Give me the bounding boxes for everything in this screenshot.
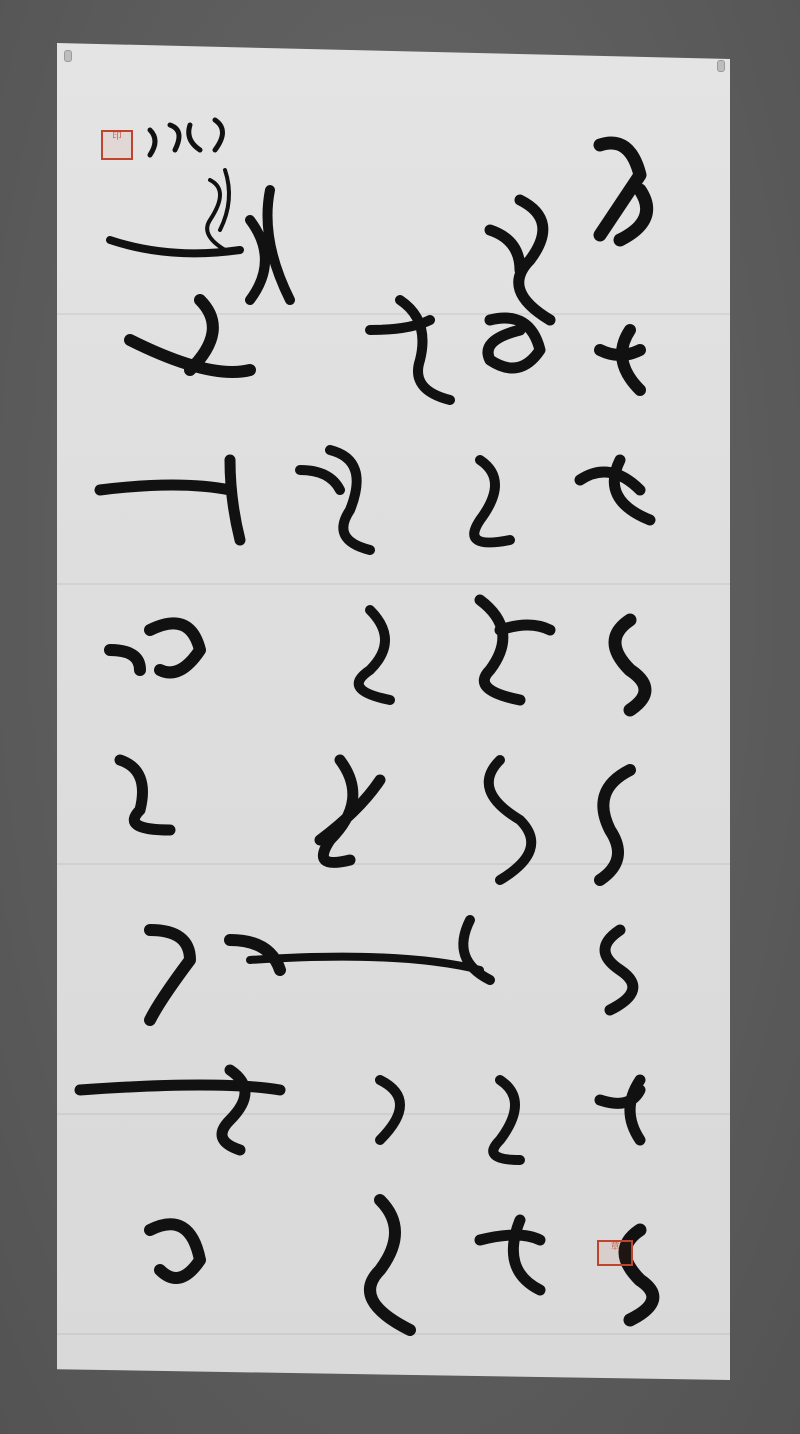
- calligraphy-strokes: [0, 0, 800, 1434]
- seal-glyph: 印: [112, 132, 121, 142]
- seal-glyph: 章: [610, 1242, 619, 1252]
- seal-stamp-top: 印: [101, 130, 133, 160]
- seal-stamp-bottom: 章: [597, 1240, 633, 1266]
